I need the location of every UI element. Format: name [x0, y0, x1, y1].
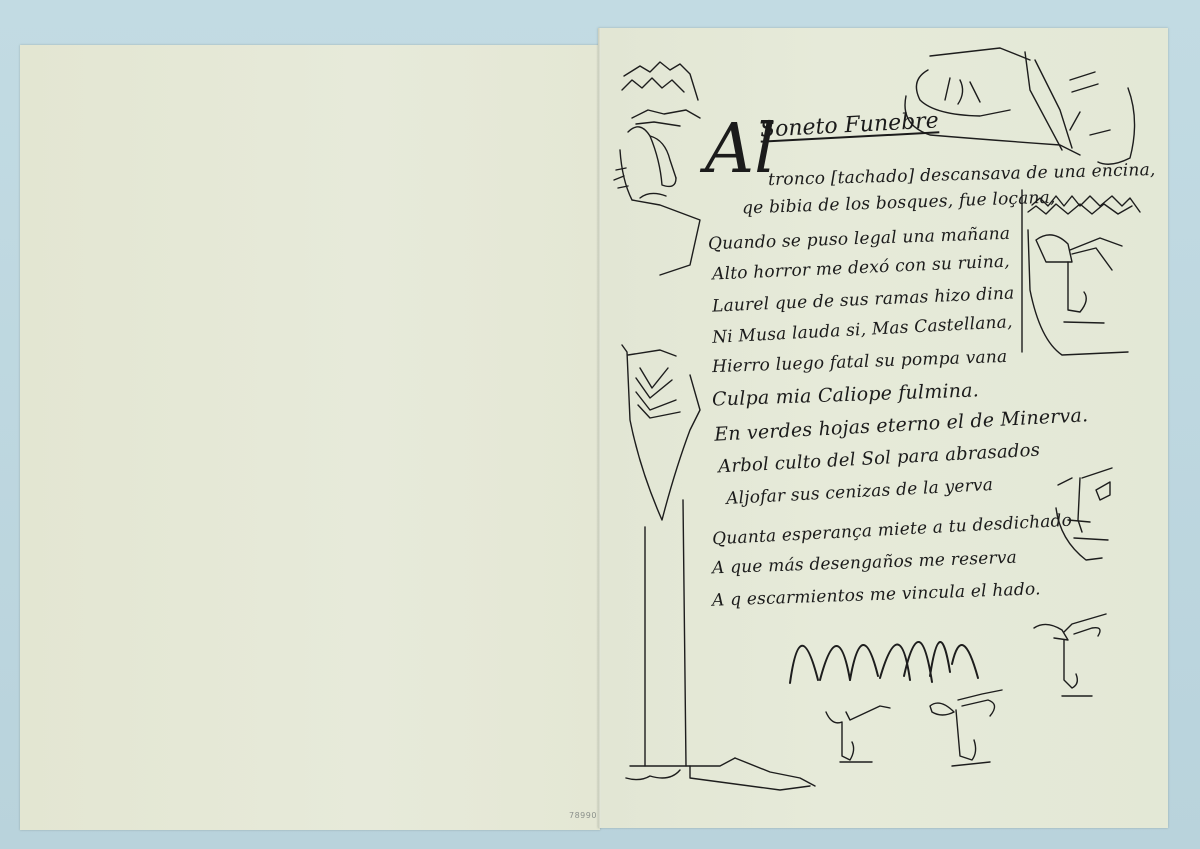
pencil-inventory-note: 78990 [569, 811, 597, 820]
left-blank-page [20, 45, 600, 830]
page-fold [598, 28, 601, 828]
